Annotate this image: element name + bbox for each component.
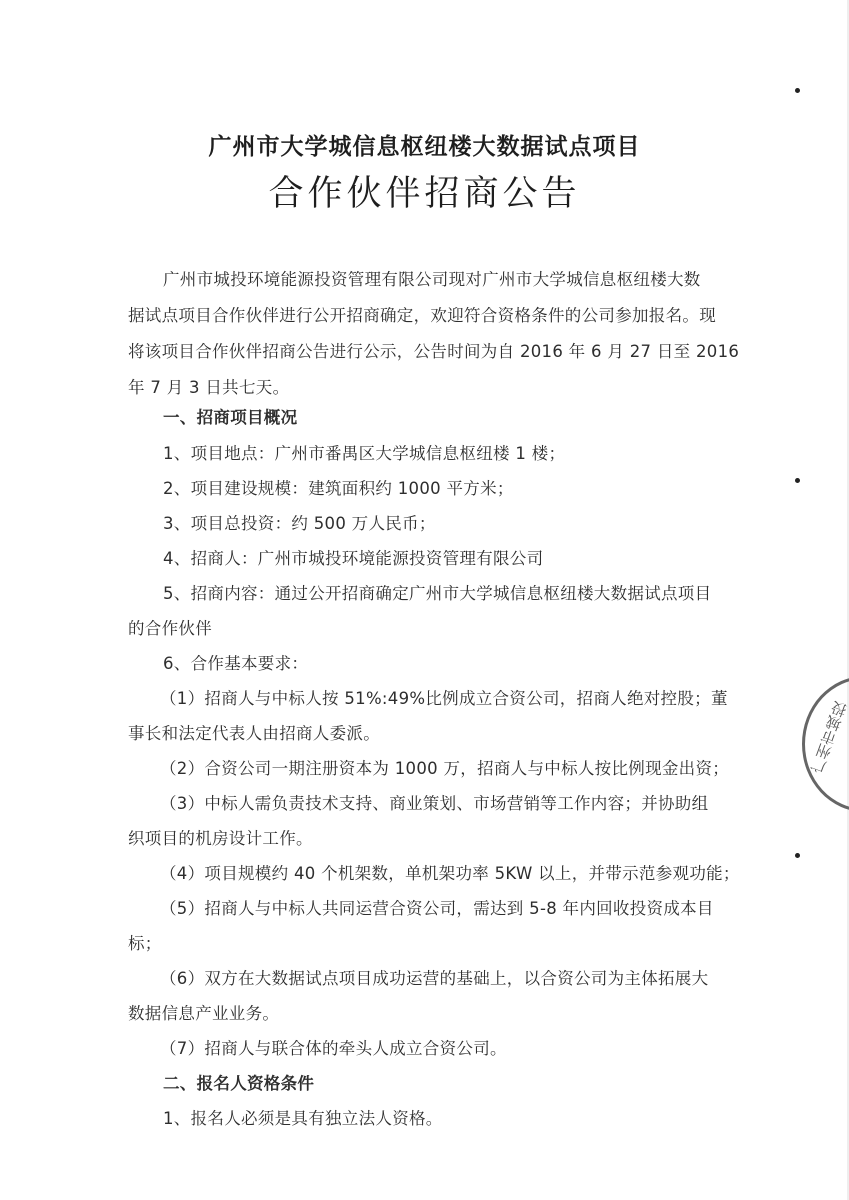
intro-line: 年 7 月 3 日共七天。	[128, 374, 289, 398]
intro-line: 广州市城投环境能源投资管理有限公司现对广州市大学城信息枢纽楼大数	[163, 266, 701, 290]
requirement-item-continued: 数据信息产业业务。	[128, 1000, 279, 1024]
intro-line: 将该项目合作伙伴招商公告进行公示，公告时间为自 2016 年 6 月 27 日至…	[128, 338, 739, 362]
punch-hole-mark	[795, 88, 800, 93]
requirement-item: （5）招商人与中标人共同运营合资公司，需达到 5-8 年内回收投资成本目	[160, 895, 714, 919]
list-item: 4、招商人：广州市城投环境能源投资管理有限公司	[163, 545, 543, 569]
section-heading: 一、招商项目概况	[163, 404, 297, 428]
requirement-item-continued: 标；	[128, 930, 162, 954]
requirement-item: （1）招商人与中标人按 51%:49%比例成立合资公司，招商人绝对控股；董	[160, 685, 728, 709]
requirement-item: （7）招商人与联合体的牵头人成立合资公司。	[160, 1035, 507, 1059]
list-item: 5、招商内容：通过公开招商确定广州市大学城信息枢纽楼大数据试点项目	[163, 580, 711, 604]
list-item: 2、项目建设规模：建筑面积约 1000 平方米；	[163, 475, 514, 499]
document-title-line1: 广州市大学城信息枢纽楼大数据试点项目	[0, 128, 849, 161]
punch-hole-mark	[795, 478, 800, 483]
requirement-item: （3）中标人需负责技术支持、商业策划、市场营销等工作内容；并协助组	[160, 790, 708, 814]
list-item: 6、合作基本要求：	[163, 650, 308, 674]
section-heading: 二、报名人资格条件	[163, 1070, 314, 1094]
requirement-item: （2）合资公司一期注册资本为 1000 万，招商人与中标人按比例现金出资；	[160, 755, 729, 779]
document-title-line2: 合作伙伴招商公告	[0, 166, 849, 216]
punch-hole-mark	[795, 853, 800, 858]
requirement-item: （4）项目规模约 40 个机架数，单机架功率 5KW 以上，并带示范参观功能；	[160, 860, 740, 884]
requirement-item: （6）双方在大数据试点项目成功运营的基础上，以合资公司为主体拓展大	[160, 965, 708, 989]
requirement-item-continued: 事长和法定代表人由招商人委派。	[128, 720, 380, 744]
requirement-item-continued: 织项目的机房设计工作。	[128, 825, 313, 849]
list-item-continued: 的合作伙伴	[128, 615, 212, 639]
list-item: 1、项目地点：广州市番禺区大学城信息枢纽楼 1 楼；	[163, 440, 565, 464]
list-item: 1、报名人必须是具有独立法人资格。	[163, 1105, 443, 1129]
intro-line: 据试点项目合作伙伴进行公开招商确定，欢迎符合资格条件的公司参加报名。现	[128, 302, 716, 326]
list-item: 3、项目总投资：约 500 万人民币；	[163, 510, 436, 534]
